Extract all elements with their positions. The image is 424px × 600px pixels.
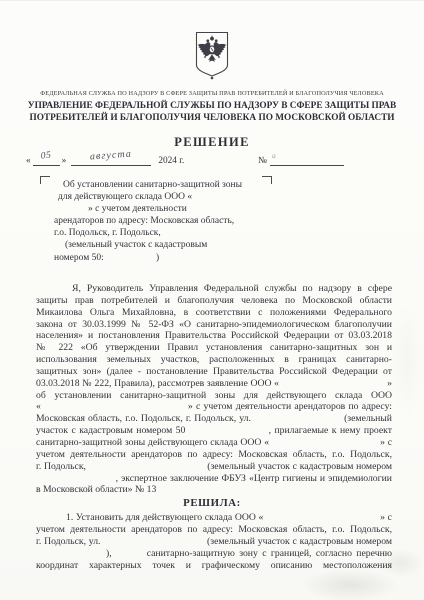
body-line: « » с учетом деятельности арендаторов по… bbox=[36, 401, 392, 413]
resolution-line: учетом деятельности арендаторов по адрес… bbox=[36, 524, 392, 536]
date-year: 2024 г. bbox=[158, 156, 184, 166]
body-line: защитных зон» (далее - постановление Пра… bbox=[36, 366, 392, 378]
date-month-slot: августа bbox=[71, 152, 151, 166]
body-line: использования земельных участков, распол… bbox=[36, 354, 392, 366]
subject-line: г.о. Подольск, г. Подольск, bbox=[54, 227, 270, 239]
subject-line: арендаторов по адресу: Московская област… bbox=[54, 215, 270, 227]
body-line: участок с кадастровым номером 50 , прила… bbox=[36, 425, 392, 437]
agency-name-top: ФЕДЕРАЛЬНАЯ СЛУЖБА ПО НАДЗОРУ В СФЕРЕ ЗА… bbox=[10, 90, 414, 97]
document-number-group: № а bbox=[258, 152, 344, 166]
resolution-line: координат характерных точек и графическо… bbox=[36, 560, 392, 572]
subject-line: номером 50: ) bbox=[54, 252, 270, 264]
number-slot: а bbox=[270, 152, 344, 166]
corner-bracket-top-right bbox=[262, 176, 272, 184]
body-line: г. Подольск, (земельный участок с кадаст… bbox=[36, 461, 392, 473]
body-line: № 222 «Об утверждении Правил установлени… bbox=[36, 342, 392, 354]
resolution-line: ), санитарно-защитную зону с границей, с… bbox=[36, 548, 392, 560]
scanned-decision-document: ФЕДЕРАЛЬНАЯ СЛУЖБА ПО НАДЗОРУ В СФЕРЕ ЗА… bbox=[0, 0, 424, 600]
body-line: санитарно-защитной зоны действующего скл… bbox=[36, 437, 392, 449]
subject-line: для действующего склада ООО « bbox=[54, 191, 270, 203]
resolution-line: г. Подольск, ул. (земельный участок с ка… bbox=[36, 536, 392, 548]
agency-name-main-line1: УПРАВЛЕНИЕ ФЕДЕРАЛЬНОЙ СЛУЖБЫ ПО НАДЗОРУ… bbox=[8, 101, 416, 113]
body-line: Микаилова Ольга Михайловна, в соответств… bbox=[36, 307, 392, 319]
handwritten-month: августа bbox=[90, 149, 133, 163]
resolution-heading: РЕШИЛА: bbox=[0, 497, 424, 509]
body-text: Я, Руководитель Управления Федеральной с… bbox=[36, 283, 392, 496]
agency-name-main: УПРАВЛЕНИЕ ФЕДЕРАЛЬНОЙ СЛУЖБЫ ПО НАДЗОРУ… bbox=[8, 101, 416, 124]
handwritten-day: 05 bbox=[40, 150, 52, 161]
russia-coat-of-arms-icon bbox=[192, 30, 232, 82]
body-line: населения» и постановления Правительства… bbox=[36, 330, 392, 342]
date-day-slot: 05 bbox=[33, 152, 60, 166]
corner-bracket-top-left bbox=[40, 176, 50, 184]
number-label: № bbox=[258, 156, 267, 166]
body-line: закона от 30.03.1999 № 52-ФЗ «О санитарн… bbox=[36, 319, 392, 331]
subject-block: Об установлении санитарно-защитной зоны … bbox=[42, 179, 270, 264]
document-title: РЕШЕНИЕ bbox=[0, 135, 424, 150]
body-line: защиты прав потребителей и благополучия … bbox=[36, 295, 392, 307]
date-close-quote: » bbox=[62, 156, 67, 166]
agency-name-main-line2: ПОТРЕБИТЕЛЕЙ И БЛАГОПОЛУЧИЯ ЧЕЛОВЕКА ПО … bbox=[8, 113, 416, 125]
body-line: Я, Руководитель Управления Федеральной с… bbox=[36, 283, 392, 295]
subject-line: (земельный участок с кадастровым bbox=[54, 239, 270, 251]
resolution-text: 1. Установить для действующего склада ОО… bbox=[36, 512, 392, 572]
handwritten-number-mark: а bbox=[271, 151, 276, 160]
subject-line: Об установлении санитарно-защитной зоны bbox=[54, 179, 270, 191]
date-and-number-line: « 05 » августа 2024 г. № а bbox=[24, 152, 400, 170]
date-group: « 05 » августа 2024 г. bbox=[24, 152, 184, 166]
body-line: 03.03.2018 № 222, Правила), рассмотрев з… bbox=[36, 378, 392, 390]
body-line: , экспертное заключение ФБУЗ «Центр гиги… bbox=[36, 473, 392, 485]
body-line: об установлении санитарно-защитной зоны … bbox=[36, 390, 392, 402]
resolution-line: 1. Установить для действующего склада ОО… bbox=[36, 512, 392, 524]
scan-smudge bbox=[300, 568, 400, 600]
scan-smudge bbox=[390, 300, 424, 420]
date-open-quote: « bbox=[26, 156, 31, 166]
body-line: Московская область, г.о. Подольск, г. По… bbox=[36, 413, 392, 425]
body-line: в Московской области» № 13 bbox=[36, 484, 392, 496]
body-line: учетом деятельности арендаторов по адрес… bbox=[36, 449, 392, 461]
subject-line: » с учетом деятельности bbox=[54, 203, 270, 215]
